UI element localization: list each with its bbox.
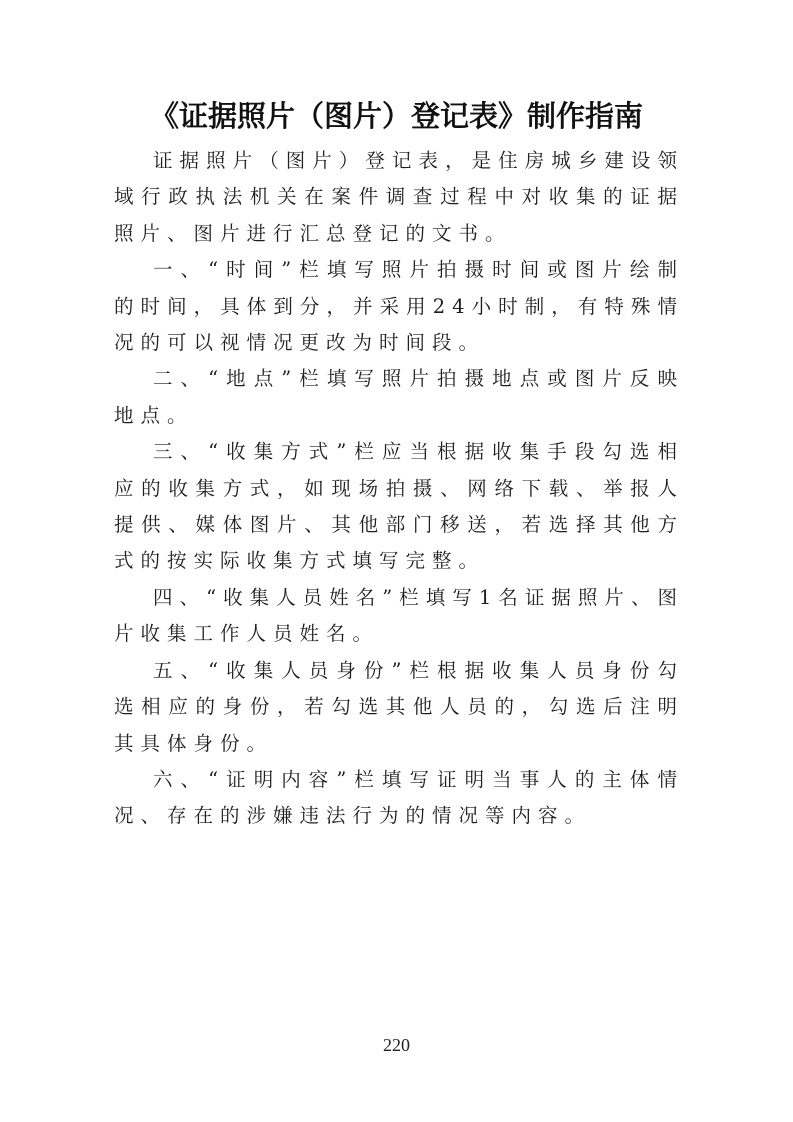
document-page: 《证据照片（图片）登记表》制作指南 证据照片（图片）登记表，是住房城乡建设领域行…: [0, 0, 793, 1122]
document-body: 证据照片（图片）登记表，是住房城乡建设领域行政执法机关在案件调查过程中对收集的证…: [114, 143, 684, 835]
paragraph-location: 二、“地点”栏填写照片拍摄地点或图片反映地点。: [114, 361, 684, 434]
paragraph-collector-name: 四、“收集人员姓名”栏填写1名证据照片、图片收集工作人员姓名。: [114, 580, 684, 653]
document-title: 《证据照片（图片）登记表》制作指南: [0, 96, 793, 136]
paragraph-time: 一、“时间”栏填写照片拍摄时间或图片绘制的时间，具体到分，并采用24小时制，有特…: [114, 252, 684, 361]
page-number: 220: [0, 1034, 793, 1056]
paragraph-collector-identity: 五、“收集人员身份”栏根据收集人员身份勾选相应的身份，若勾选其他人员的，勾选后注…: [114, 653, 684, 762]
paragraph-proof-content: 六、“证明内容”栏填写证明当事人的主体情况、存在的涉嫌违法行为的情况等内容。: [114, 762, 684, 835]
paragraph-intro: 证据照片（图片）登记表，是住房城乡建设领域行政执法机关在案件调查过程中对收集的证…: [114, 143, 684, 252]
paragraph-collection-method: 三、“收集方式”栏应当根据收集手段勾选相应的收集方式，如现场拍摄、网络下载、举报…: [114, 434, 684, 580]
